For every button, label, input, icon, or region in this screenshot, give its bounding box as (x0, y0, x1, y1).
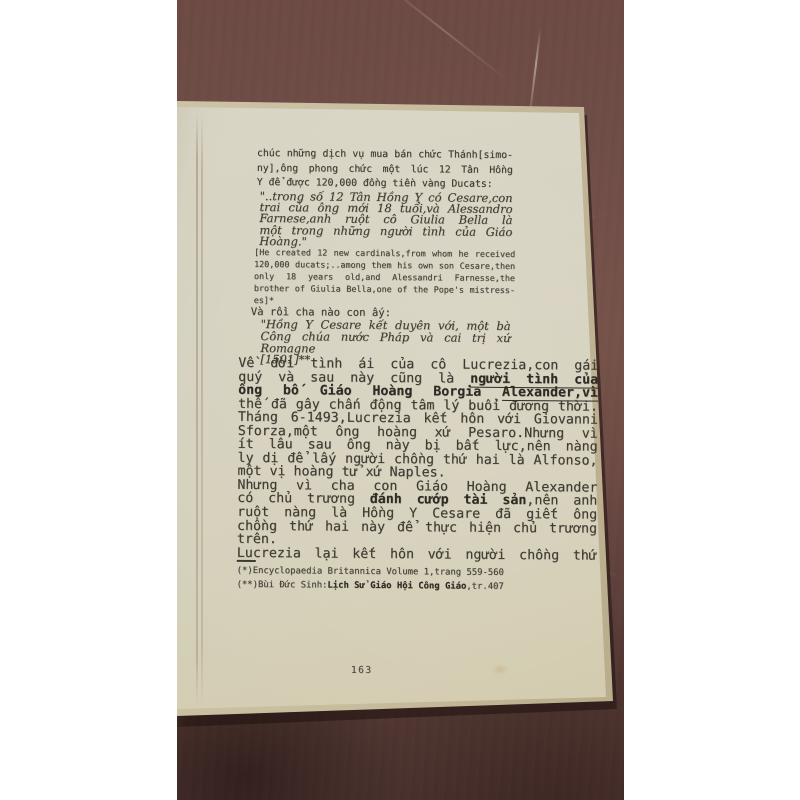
photo-white-margin-right (624, 0, 800, 800)
text-line: Lucrezia lại kết hôn với người chồng thứ (237, 547, 597, 563)
book-page-photograph: chúc những dịch vụ mua bán chức Thánh[si… (0, 0, 800, 800)
page-number: 163 (351, 665, 373, 676)
paragraph-continuation: chúc những dịch vụ mua bán chức Thánh[si… (257, 147, 513, 193)
footnotes: (*)Encyclopaedia Britannica Volume 1,tra… (237, 565, 509, 595)
quote-vietnamese-italic: "..trong số 12 Tân Hồng Y có Cesare,con … (259, 191, 512, 249)
book-photo: chúc những dịch vụ mua bán chức Thánh[si… (177, 0, 624, 800)
text-line: chúc những dịch vụ mua bán chức Thánh[si… (257, 147, 513, 164)
footnote: (**)Bùi Đức Sinh:Lịch Sử Giáo Hội Công G… (237, 579, 509, 595)
page-text: chúc những dịch vụ mua bán chức Thánh[si… (177, 0, 624, 800)
english-line: brother of Giulia Bella,one of the Pope'… (254, 282, 515, 296)
quote-english-translation: [He created 12 new cardinals,from whom h… (254, 246, 515, 309)
footnote-separator-rule (237, 560, 256, 562)
text-line: chồng thứ hai này để thực hiện chủ trươn… (237, 519, 597, 535)
photo-white-margin-left (0, 0, 177, 800)
main-paragraphs: Về đời tình ái của cô Lucrezia,con gái q… (237, 357, 599, 563)
